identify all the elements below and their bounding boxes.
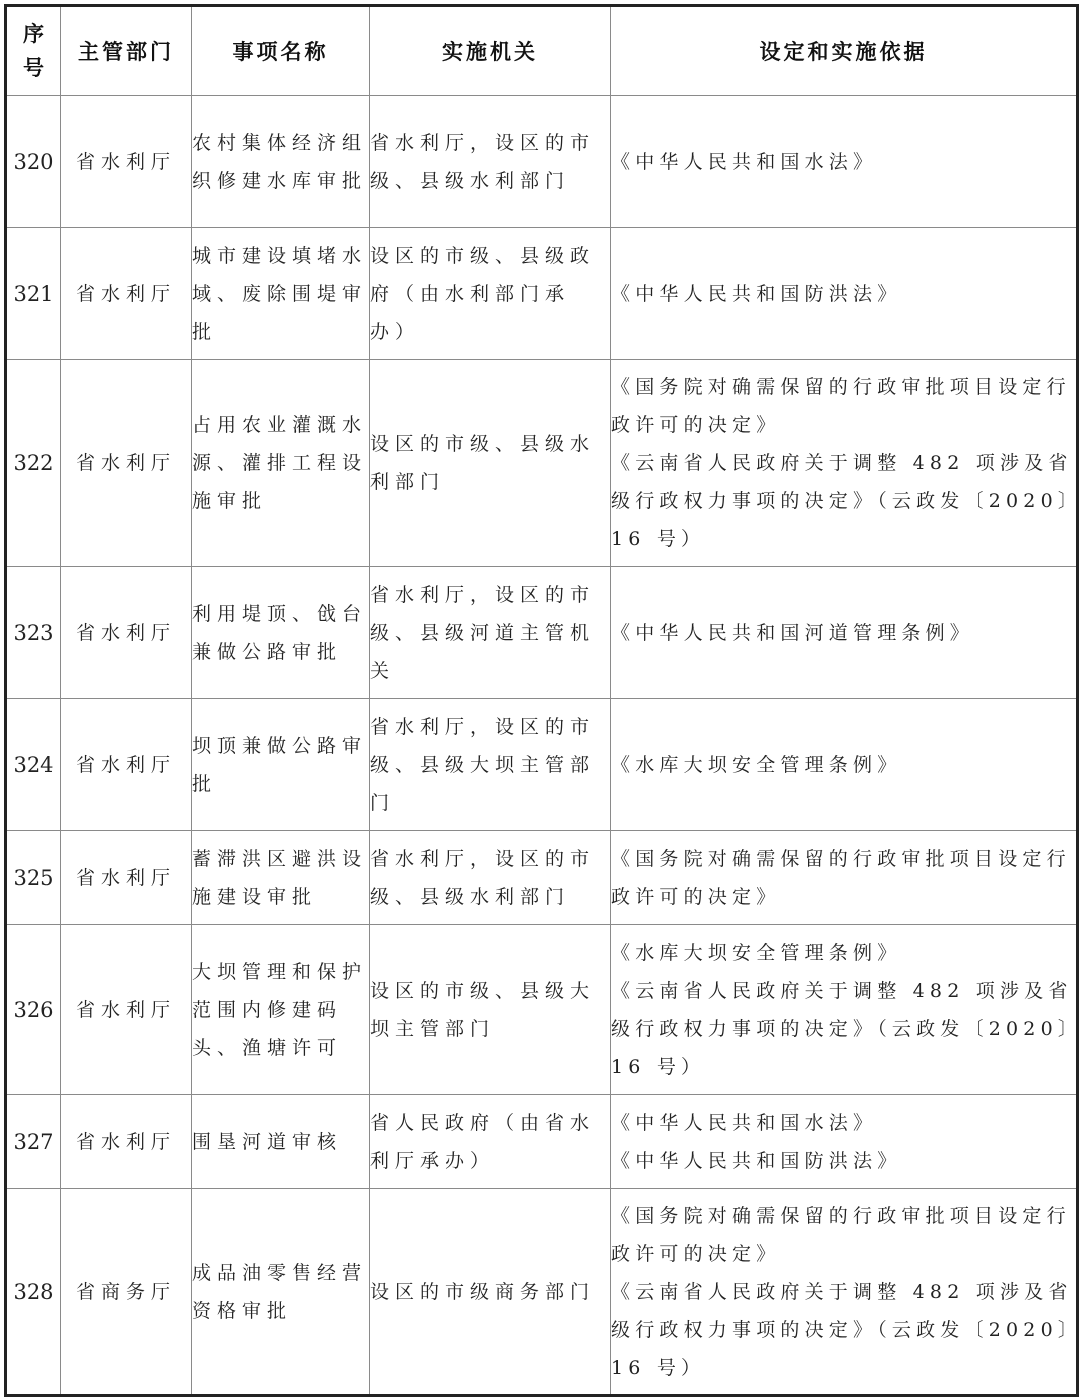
basis-line: 《云南省人民政府关于调整 482 项涉及省级行政权力事项的决定》（云政发〔202… xyxy=(611,444,1076,558)
cell-item-name: 城市建设填堵水域、废除围堤审批 xyxy=(192,228,370,360)
cell-legal-basis: 《中华人民共和国水法》 《中华人民共和国防洪法》 xyxy=(611,1095,1078,1189)
table-row: 325 省水利厅 蓄滞洪区避洪设施建设审批 省水利厅，设区的市级、县级水利部门 … xyxy=(6,831,1078,925)
header-implementing-agency: 实施机关 xyxy=(370,6,611,96)
header-serial-number: 序 号 xyxy=(6,6,61,96)
cell-item-name: 大坝管理和保护范围内修建码头、渔塘许可 xyxy=(192,925,370,1095)
basis-line: 《中华人民共和国水法》 xyxy=(611,1104,1076,1142)
table-row: 323 省水利厅 利用堤顶、戗台兼做公路审批 省水利厅，设区的市级、县级河道主管… xyxy=(6,567,1078,699)
administrative-items-table: 序 号 主管部门 事项名称 实施机关 设定和实施依据 320 省水利厅 农村集体… xyxy=(4,4,1079,1397)
header-serial-char-2: 号 xyxy=(7,51,60,85)
cell-serial-number: 325 xyxy=(6,831,61,925)
cell-legal-basis: 《中华人民共和国水法》 xyxy=(611,96,1078,228)
cell-implementing-agency: 省水利厅，设区的市级、县级大坝主管部门 xyxy=(370,699,611,831)
basis-line: 《国务院对确需保留的行政审批项目设定行政许可的决定》 xyxy=(611,840,1076,916)
cell-department: 省水利厅 xyxy=(61,567,192,699)
cell-legal-basis: 《中华人民共和国河道管理条例》 xyxy=(611,567,1078,699)
cell-implementing-agency: 设区的市级、县级大坝主管部门 xyxy=(370,925,611,1095)
cell-implementing-agency: 设区的市级、县级政府（由水利部门承办） xyxy=(370,228,611,360)
basis-line: 《中华人民共和国防洪法》 xyxy=(611,275,1076,313)
basis-line: 《国务院对确需保留的行政审批项目设定行政许可的决定》 xyxy=(611,368,1076,444)
table-row: 328 省商务厅 成品油零售经营资格审批 设区的市级商务部门 《国务院对确需保留… xyxy=(6,1189,1078,1396)
cell-item-name: 围垦河道审核 xyxy=(192,1095,370,1189)
table-header-row: 序 号 主管部门 事项名称 实施机关 设定和实施依据 xyxy=(6,6,1078,96)
cell-item-name: 农村集体经济组织修建水库审批 xyxy=(192,96,370,228)
cell-legal-basis: 《水库大坝安全管理条例》 xyxy=(611,699,1078,831)
table-row: 326 省水利厅 大坝管理和保护范围内修建码头、渔塘许可 设区的市级、县级大坝主… xyxy=(6,925,1078,1095)
cell-legal-basis: 《国务院对确需保留的行政审批项目设定行政许可的决定》 《云南省人民政府关于调整 … xyxy=(611,360,1078,567)
cell-department: 省水利厅 xyxy=(61,1095,192,1189)
header-legal-basis: 设定和实施依据 xyxy=(611,6,1078,96)
basis-line: 《云南省人民政府关于调整 482 项涉及省级行政权力事项的决定》（云政发〔202… xyxy=(611,1273,1076,1387)
table-row: 322 省水利厅 占用农业灌溉水源、灌排工程设施审批 设区的市级、县级水利部门 … xyxy=(6,360,1078,567)
cell-implementing-agency: 设区的市级、县级水利部门 xyxy=(370,360,611,567)
cell-department: 省水利厅 xyxy=(61,228,192,360)
cell-implementing-agency: 省水利厅，设区的市级、县级水利部门 xyxy=(370,96,611,228)
cell-department: 省水利厅 xyxy=(61,96,192,228)
cell-serial-number: 327 xyxy=(6,1095,61,1189)
cell-serial-number: 320 xyxy=(6,96,61,228)
cell-item-name: 占用农业灌溉水源、灌排工程设施审批 xyxy=(192,360,370,567)
cell-implementing-agency: 省人民政府（由省水利厅承办） xyxy=(370,1095,611,1189)
cell-department: 省水利厅 xyxy=(61,925,192,1095)
cell-legal-basis: 《水库大坝安全管理条例》 《云南省人民政府关于调整 482 项涉及省级行政权力事… xyxy=(611,925,1078,1095)
table-row: 321 省水利厅 城市建设填堵水域、废除围堤审批 设区的市级、县级政府（由水利部… xyxy=(6,228,1078,360)
cell-item-name: 成品油零售经营资格审批 xyxy=(192,1189,370,1396)
cell-legal-basis: 《国务院对确需保留的行政审批项目设定行政许可的决定》 xyxy=(611,831,1078,925)
table-row: 320 省水利厅 农村集体经济组织修建水库审批 省水利厅，设区的市级、县级水利部… xyxy=(6,96,1078,228)
cell-department: 省水利厅 xyxy=(61,831,192,925)
cell-serial-number: 326 xyxy=(6,925,61,1095)
cell-serial-number: 324 xyxy=(6,699,61,831)
basis-line: 《中华人民共和国防洪法》 xyxy=(611,1142,1076,1180)
cell-legal-basis: 《国务院对确需保留的行政审批项目设定行政许可的决定》 《云南省人民政府关于调整 … xyxy=(611,1189,1078,1396)
cell-legal-basis: 《中华人民共和国防洪法》 xyxy=(611,228,1078,360)
cell-department: 省水利厅 xyxy=(61,360,192,567)
table-row: 327 省水利厅 围垦河道审核 省人民政府（由省水利厅承办） 《中华人民共和国水… xyxy=(6,1095,1078,1189)
header-department: 主管部门 xyxy=(61,6,192,96)
basis-line: 《国务院对确需保留的行政审批项目设定行政许可的决定》 xyxy=(611,1197,1076,1273)
cell-item-name: 利用堤顶、戗台兼做公路审批 xyxy=(192,567,370,699)
cell-implementing-agency: 省水利厅，设区的市级、县级水利部门 xyxy=(370,831,611,925)
cell-implementing-agency: 设区的市级商务部门 xyxy=(370,1189,611,1396)
basis-line: 《中华人民共和国河道管理条例》 xyxy=(611,614,1076,652)
basis-line: 《水库大坝安全管理条例》 xyxy=(611,934,1076,972)
basis-line: 《中华人民共和国水法》 xyxy=(611,143,1076,181)
cell-department: 省水利厅 xyxy=(61,699,192,831)
cell-serial-number: 321 xyxy=(6,228,61,360)
cell-serial-number: 322 xyxy=(6,360,61,567)
header-serial-char-1: 序 xyxy=(7,17,60,51)
cell-item-name: 蓄滞洪区避洪设施建设审批 xyxy=(192,831,370,925)
cell-serial-number: 328 xyxy=(6,1189,61,1396)
cell-department: 省商务厅 xyxy=(61,1189,192,1396)
cell-implementing-agency: 省水利厅，设区的市级、县级河道主管机关 xyxy=(370,567,611,699)
basis-line: 《水库大坝安全管理条例》 xyxy=(611,746,1076,784)
cell-serial-number: 323 xyxy=(6,567,61,699)
basis-line: 《云南省人民政府关于调整 482 项涉及省级行政权力事项的决定》（云政发〔202… xyxy=(611,972,1076,1086)
table-row: 324 省水利厅 坝顶兼做公路审批 省水利厅，设区的市级、县级大坝主管部门 《水… xyxy=(6,699,1078,831)
cell-item-name: 坝顶兼做公路审批 xyxy=(192,699,370,831)
header-item-name: 事项名称 xyxy=(192,6,370,96)
